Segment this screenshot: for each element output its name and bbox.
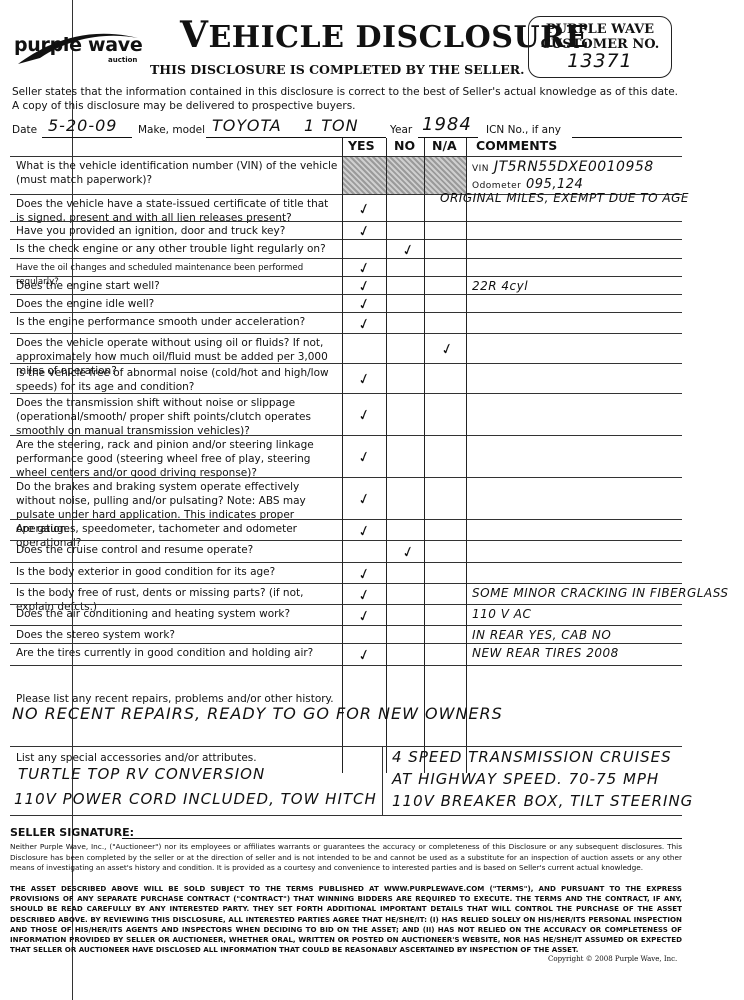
table-row: Does the air conditioning and heating sy… <box>10 604 682 626</box>
legal-terms-text: THE ASSET DESCRIBED ABOVE WILL BE SOLD S… <box>10 884 682 955</box>
check-mark-icon[interactable]: ✓ <box>356 605 373 626</box>
accessories-line-2[interactable]: 110V POWER CORD INCLUDED, TOW HITCH <box>14 790 377 808</box>
comment-field[interactable]: 110 V AC <box>472 607 531 621</box>
comment-field[interactable]: NEW REAR TIRES 2008 <box>472 646 619 660</box>
intro-statement: Seller states that the information conta… <box>12 85 732 113</box>
question-text: Is the check engine or any other trouble… <box>16 242 338 256</box>
customer-box-label-1: PURPLE WAVE <box>529 22 671 37</box>
table-row: Is the vehicle free of abnormal noise (c… <box>10 363 682 394</box>
check-mark-icon[interactable]: ✓ <box>356 520 373 541</box>
check-mark-icon[interactable]: ✓ <box>439 339 456 360</box>
make-field[interactable]: TOYOTA <box>212 116 282 135</box>
check-mark-icon[interactable]: ✓ <box>356 489 373 510</box>
column-divider <box>342 138 343 773</box>
check-mark-icon[interactable]: ✓ <box>356 405 373 426</box>
make-model-label: Make, model <box>138 124 205 136</box>
table-row: Does the stereo system work?IN REAR YES,… <box>10 625 682 644</box>
accessories-right-line-2[interactable]: AT HIGHWAY SPEED. 70-75 MPH <box>392 770 659 788</box>
vehicle-info-line: Date 5-20-09 Make, model TOYOTA 1 TON Ye… <box>12 118 732 140</box>
comment-field[interactable]: SOME MINOR CRACKING IN FIBERGLASS <box>472 586 729 600</box>
col-header-comments: COMMENTS <box>476 138 557 153</box>
question-text: Is the body exterior in good condition f… <box>16 565 338 579</box>
date-label: Date <box>12 124 37 136</box>
col-header-yes: YES <box>348 138 375 153</box>
history-field[interactable]: NO RECENT REPAIRS, READY TO GO FOR NEW O… <box>12 704 503 723</box>
accessories-right-line-3[interactable]: 110V BREAKER BOX, TILT STEERING <box>392 792 693 810</box>
seller-signature-label: SELLER SIGNATURE: <box>10 826 134 839</box>
column-divider <box>466 138 467 773</box>
question-text: Are the tires currently in good conditio… <box>16 646 338 660</box>
question-text: Are the steering, rack and pinion and/or… <box>16 438 338 480</box>
purple-wave-logo: purple wave auction <box>10 18 145 66</box>
check-mark-icon[interactable]: ✓ <box>356 369 373 390</box>
table-row: Is the check engine or any other trouble… <box>10 239 682 259</box>
question-text: Does the engine idle well? <box>16 297 338 311</box>
check-mark-icon[interactable]: ✓ <box>400 239 417 260</box>
odometer-label: Odometer <box>472 181 521 191</box>
question-text: Does the engine start well? <box>16 279 338 293</box>
year-field[interactable]: 1984 <box>422 114 472 135</box>
check-mark-icon[interactable]: ✓ <box>356 198 373 219</box>
table-row: Does the vehicle operate without using o… <box>10 333 682 364</box>
check-mark-icon[interactable]: ✓ <box>400 542 417 563</box>
table-row: Does the vehicle have a state-issued cer… <box>10 194 682 222</box>
copyright-text: Copyright © 2008 Purple Wave, Inc. <box>548 955 677 963</box>
table-row: Have you provided an ignition, door and … <box>10 221 682 240</box>
year-label: Year <box>390 124 412 136</box>
customer-number-value[interactable]: 13371 <box>529 54 671 69</box>
check-mark-icon[interactable]: ✓ <box>356 584 373 605</box>
table-row: Do the brakes and braking system operate… <box>10 477 682 520</box>
question-text: What is the vehicle identification numbe… <box>16 159 338 187</box>
vin-field[interactable]: JT5RN55DXE0010958 <box>494 159 654 175</box>
model-field[interactable]: 1 TON <box>304 116 359 135</box>
table-row: What is the vehicle identification numbe… <box>10 156 682 195</box>
check-mark-icon[interactable]: ✓ <box>356 447 373 468</box>
logo-text: purple wave <box>14 34 142 56</box>
question-text: Does the transmission shift without nois… <box>16 396 338 438</box>
column-divider <box>424 138 425 773</box>
comment-field[interactable]: ORIGINAL MILES, EXEMPT DUE TO AGE <box>440 191 689 205</box>
disclaimer-text: Neither Purple Wave, Inc., ("Auctioneer"… <box>10 842 682 874</box>
check-mark-icon[interactable]: ✓ <box>356 645 373 666</box>
col-header-na: N/A <box>432 138 457 153</box>
vin-label: VIN <box>472 164 489 174</box>
question-text: Is the vehicle free of abnormal noise (c… <box>16 366 338 394</box>
accessories-right-line-1[interactable]: 4 SPEED TRANSMISSION CRUISES <box>392 748 672 766</box>
date-field[interactable]: 5-20-09 <box>48 116 117 135</box>
table-row: Does the transmission shift without nois… <box>10 393 682 436</box>
table-row: Is the engine performance smooth under a… <box>10 312 682 334</box>
comment-field[interactable]: IN REAR YES, CAB NO <box>472 628 611 642</box>
accessories-label: List any special accessories and/or attr… <box>16 752 257 764</box>
table-row: Is the body exterior in good condition f… <box>10 562 682 584</box>
accessories-line-1[interactable]: TURTLE TOP RV CONVERSION <box>18 765 265 783</box>
question-text: Is the engine performance smooth under a… <box>16 315 338 329</box>
table-row: Does the engine idle well?✓ <box>10 294 682 313</box>
table-row: Have the oil changes and scheduled maint… <box>10 258 682 277</box>
seller-signature-field[interactable] <box>122 838 682 839</box>
question-text: Have you provided an ignition, door and … <box>16 224 338 238</box>
odometer-field[interactable]: 095,124 <box>526 177 583 192</box>
col-header-no: NO <box>394 138 415 153</box>
table-row: Are gauges, speedometer, tachometer and … <box>10 519 682 541</box>
question-text: Does the stereo system work? <box>16 628 338 642</box>
check-mark-icon[interactable]: ✓ <box>356 313 373 334</box>
page-subtitle: THIS DISCLOSURE IS COMPLETED BY THE SELL… <box>150 62 525 77</box>
customer-number-box: PURPLE WAVE CUSTOMER NO. 13371 <box>528 16 672 78</box>
column-divider <box>386 138 387 773</box>
table-row: Does the cruise control and resume opera… <box>10 540 682 563</box>
table-row: Does the engine start well?✓22R 4cyl <box>10 276 682 295</box>
logo-subtext: auction <box>108 56 137 64</box>
table-row: Are the tires currently in good conditio… <box>10 643 682 666</box>
comment-field[interactable]: 22R 4cyl <box>472 279 528 293</box>
table-row: Are the steering, rack and pinion and/or… <box>10 435 682 478</box>
shaded-answer-cells <box>342 157 466 195</box>
icn-label: ICN No., if any <box>486 124 561 136</box>
table-row: Is the body free of rust, dents or missi… <box>10 583 682 605</box>
disclosure-table: YES NO N/A COMMENTS What is the vehicle … <box>10 138 682 738</box>
question-text: Does the air conditioning and heating sy… <box>16 607 338 621</box>
question-text: Does the cruise control and resume opera… <box>16 543 338 557</box>
check-mark-icon[interactable]: ✓ <box>356 563 373 584</box>
